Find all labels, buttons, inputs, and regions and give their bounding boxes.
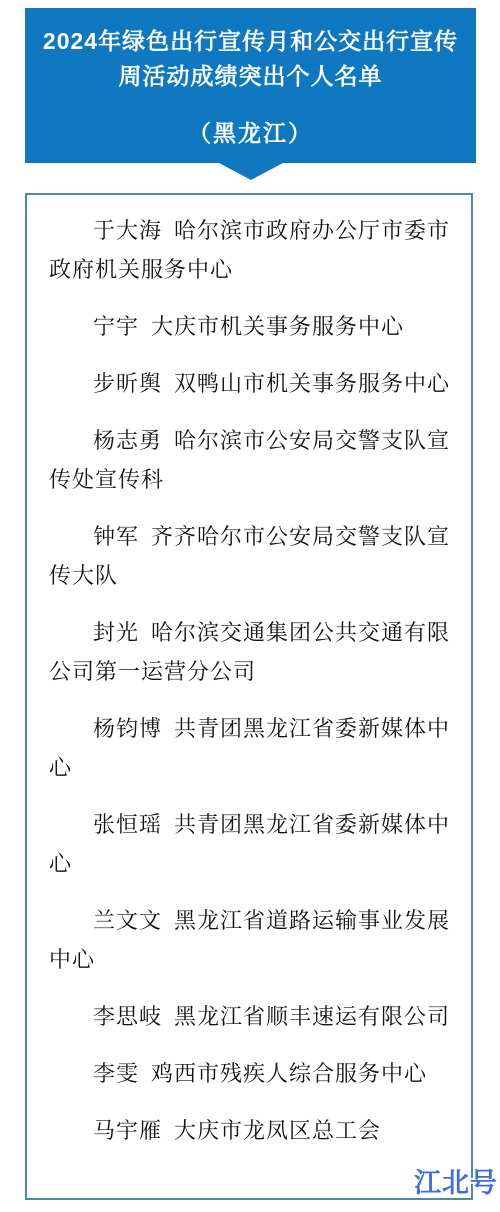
list-item: 封光 哈尔滨交通集团公共交通有限公司第一运营分公司 bbox=[49, 613, 453, 691]
list-item: 杨钧博 共青团黑龙江省委新媒体中心 bbox=[49, 709, 453, 787]
list-item: 宁宇 大庆市机关事务服务中心 bbox=[49, 307, 453, 346]
list-item: 钟军 齐齐哈尔市公安局交警支队宣传大队 bbox=[49, 517, 453, 595]
entry-list: 于大海 哈尔滨市政府办公厅市委市政府机关服务中心宁宇 大庆市机关事务服务中心步昕… bbox=[49, 211, 453, 1150]
award-list-card: 于大海 哈尔滨市政府办公厅市委市政府机关服务中心宁宇 大庆市机关事务服务中心步昕… bbox=[25, 193, 473, 1200]
list-item: 于大海 哈尔滨市政府办公厅市委市政府机关服务中心 bbox=[49, 211, 453, 289]
list-item: 兰文文 黑龙江省道路运输事业发展中心 bbox=[49, 901, 453, 979]
watermark-jiangbeihao: 江北号 bbox=[414, 1161, 498, 1200]
list-item: 李思岐 黑龙江省顺丰速运有限公司 bbox=[49, 997, 453, 1036]
banner-title-line2: 周活动成绩突出个人名单 bbox=[25, 59, 476, 94]
list-item: 步昕舆 双鸭山市机关事务服务中心 bbox=[49, 364, 453, 403]
list-item: 马宇雁 大庆市龙凤区总工会 bbox=[49, 1111, 453, 1150]
announcement-page: 2024年绿色出行宣传月和公交出行宣传 周活动成绩突出个人名单 （黑龙江） 于大… bbox=[0, 0, 500, 1212]
list-item: 杨志勇 哈尔滨市公安局交警支队宣传处宣传科 bbox=[49, 421, 453, 499]
banner-title-line1: 2024年绿色出行宣传月和公交出行宣传 bbox=[25, 24, 476, 59]
list-item: 李雯 鸡西市残疾人综合服务中心 bbox=[49, 1054, 453, 1093]
list-item: 张恒瑶 共青团黑龙江省委新媒体中心 bbox=[49, 805, 453, 883]
title-banner: 2024年绿色出行宣传月和公交出行宣传 周活动成绩突出个人名单 （黑龙江） bbox=[25, 8, 476, 163]
banner-subtitle-region: （黑龙江） bbox=[25, 116, 476, 151]
